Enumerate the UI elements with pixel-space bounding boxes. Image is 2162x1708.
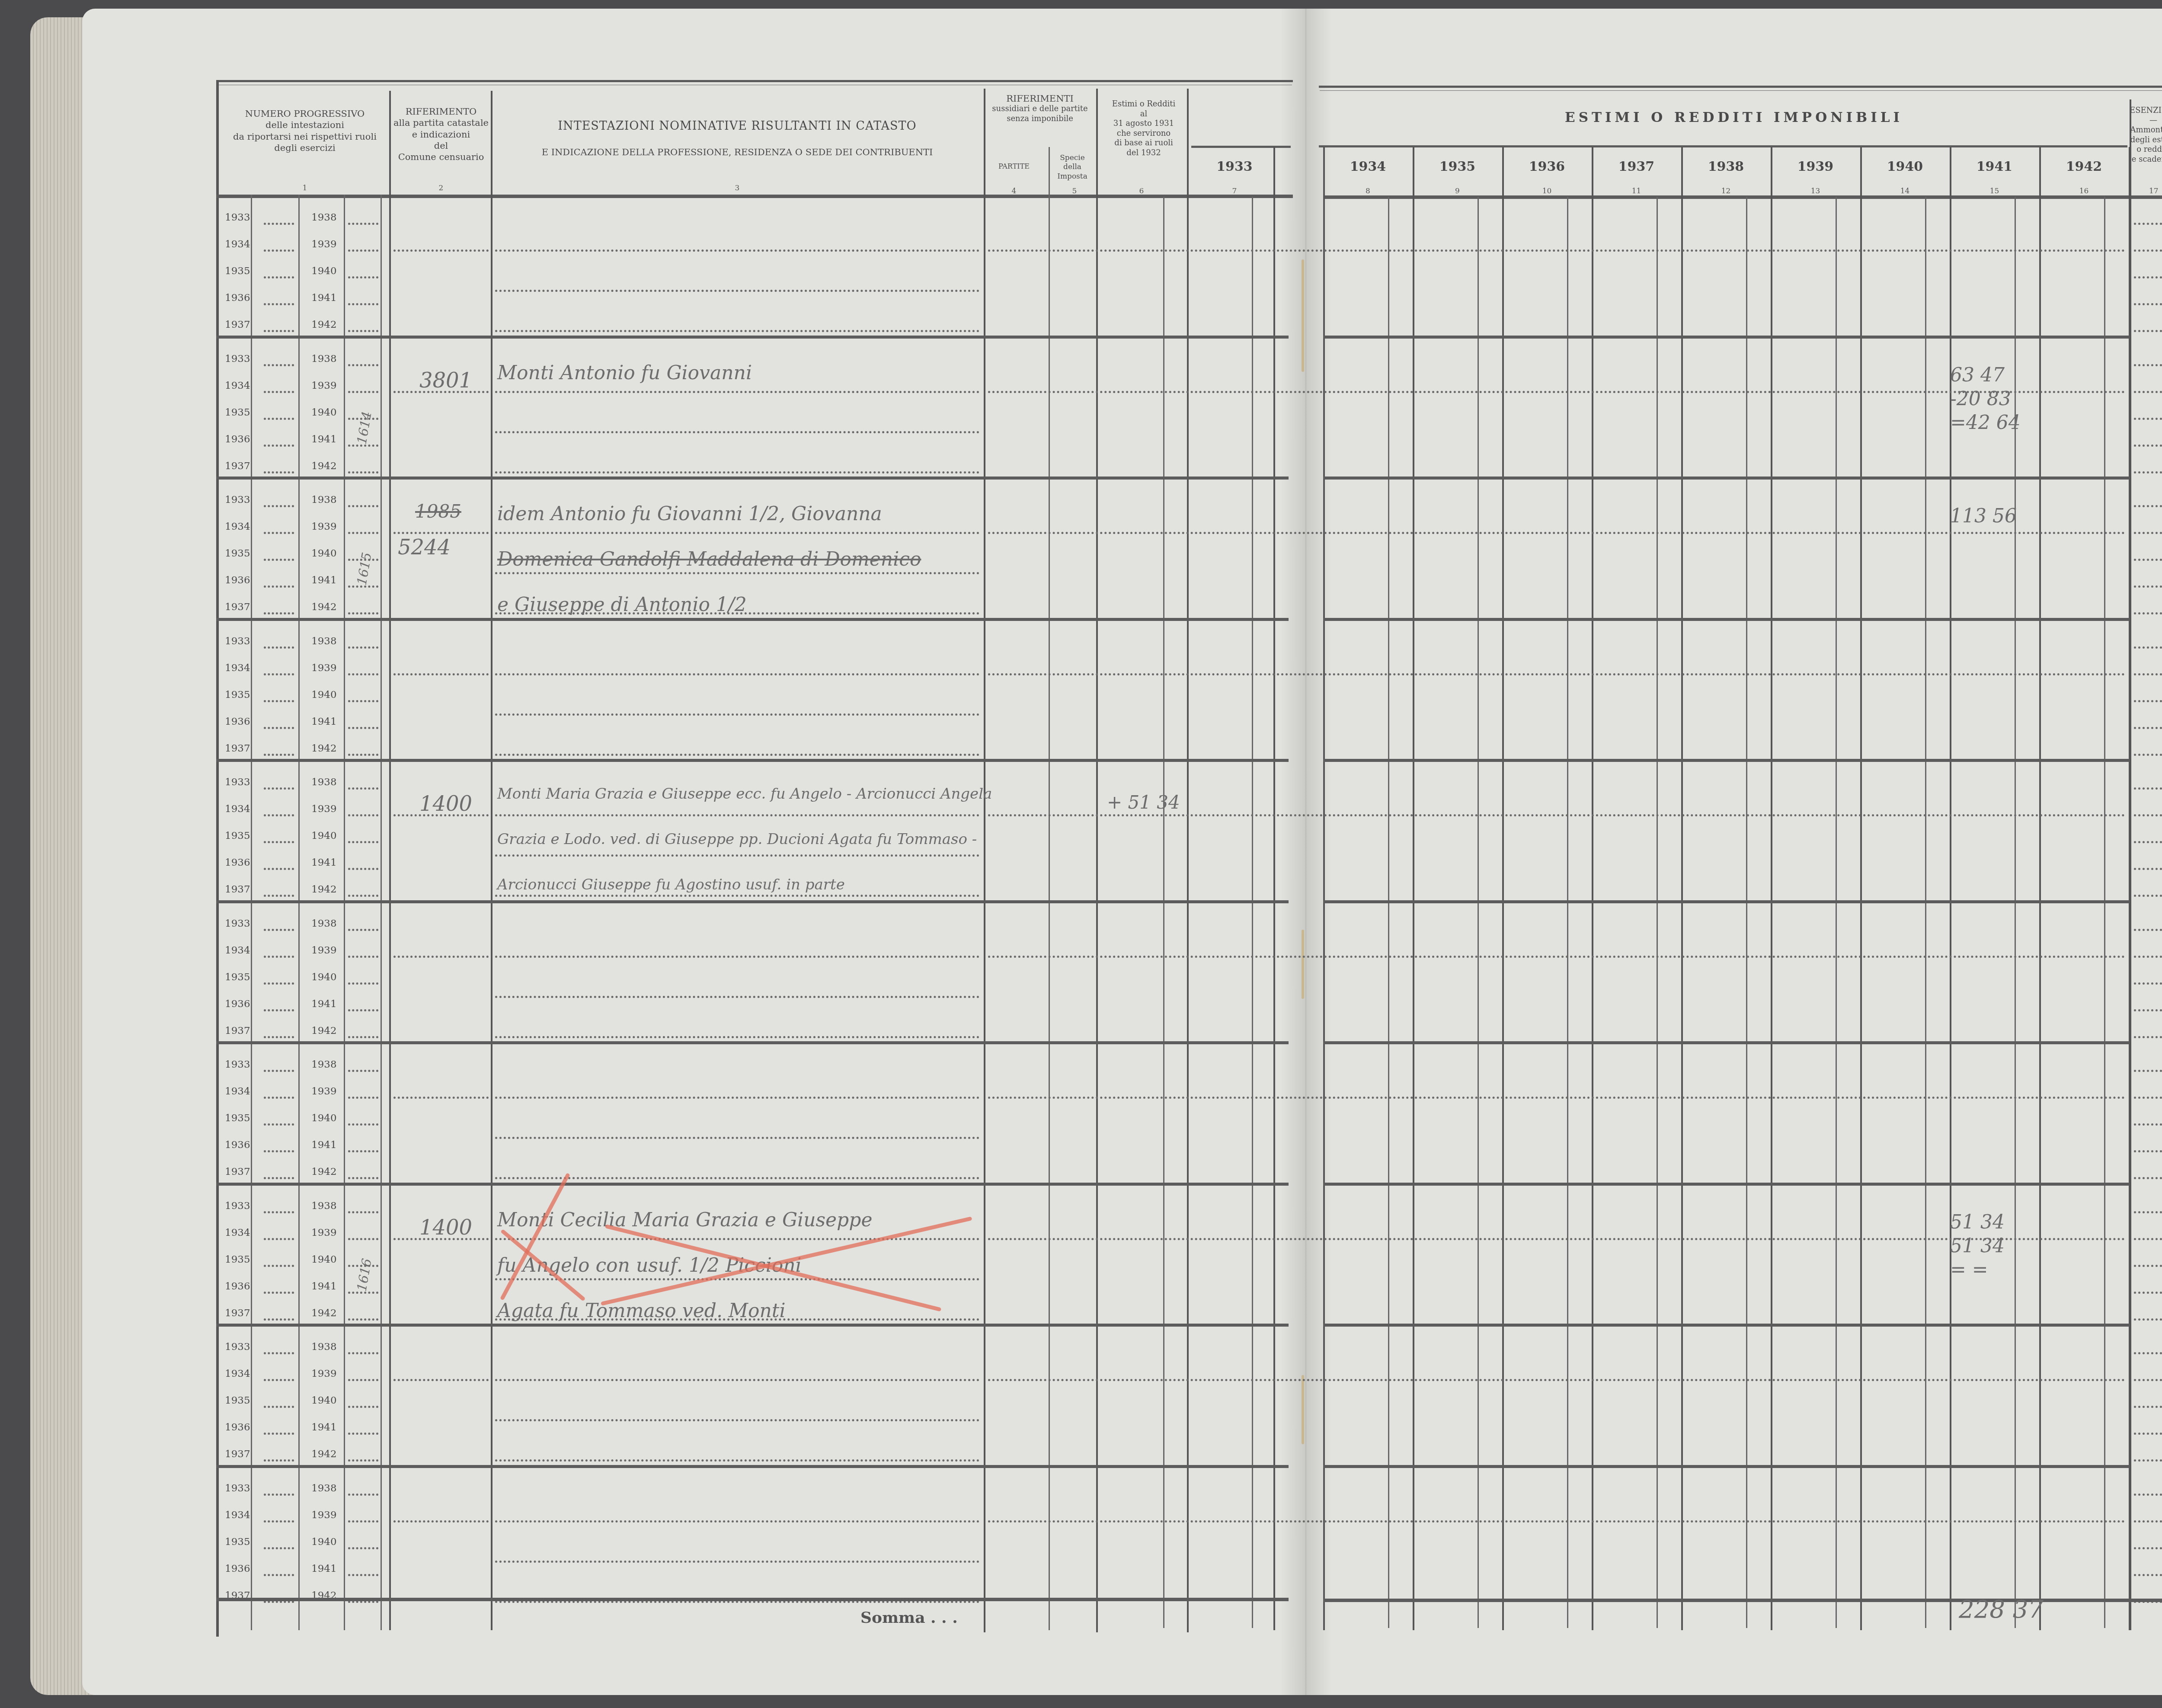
dotted-rule — [2134, 612, 2162, 614]
dotted-rule — [393, 532, 489, 534]
top-rule-right — [1319, 86, 2162, 88]
year-label-right: 1941 — [311, 716, 337, 727]
dotted-rule — [264, 585, 294, 588]
year-col-number: 12 — [1681, 187, 1771, 195]
dotted-rule — [2134, 1238, 2162, 1240]
year-label-left: 1937 — [225, 601, 250, 613]
left-page — [82, 9, 1306, 1695]
partita-struck: 1985 — [415, 501, 461, 522]
dotted-rule — [348, 1070, 378, 1072]
owner-line: Domenica Gandolfi Maddalena di Domenico — [497, 548, 921, 570]
dotted-rule — [2134, 1292, 2162, 1294]
dotted-rule — [495, 673, 979, 675]
dotted-rule — [495, 1419, 979, 1421]
dotted-rule — [2134, 391, 2162, 393]
block-rule — [216, 1465, 1289, 1468]
year-label-right: 1941 — [311, 998, 337, 1010]
year-label-left: 1934 — [225, 1368, 250, 1379]
dotted-rule — [348, 1177, 378, 1179]
header-col45: RIFERIMENTI sussidiari e delle partite s… — [984, 93, 1096, 124]
year-label-right: 1939 — [311, 803, 337, 815]
header-col17: ESENZIONI — Ammontare degli estimi o red… — [2130, 106, 2162, 164]
col-line — [1187, 89, 1189, 1632]
year-label-left: 1936 — [225, 1139, 250, 1151]
dotted-rule — [264, 364, 294, 366]
dotted-rule — [495, 814, 979, 816]
dotted-rule — [264, 1574, 294, 1576]
cents-line — [1657, 197, 1658, 1628]
dotted-rule — [495, 391, 979, 393]
dotted-rule — [264, 787, 294, 790]
dotted-rule — [495, 1520, 979, 1522]
block-rule — [1323, 900, 2130, 903]
col-line — [1502, 147, 1504, 1630]
year-label-right: 1941 — [311, 1139, 337, 1151]
dotted-rule — [495, 1238, 979, 1240]
year-col-number: 16 — [2039, 187, 2129, 195]
year-label-left: 1937 — [225, 1025, 250, 1036]
dotted-rule — [2134, 1211, 2162, 1213]
col5-line: della — [1049, 163, 1096, 172]
dotted-rule — [348, 1520, 378, 1522]
year-label-left: 1936 — [225, 575, 250, 586]
dotted-rule — [348, 754, 378, 756]
col1-line: delle intestazioni — [221, 119, 389, 131]
amount-1941: -20 83 — [1950, 388, 2011, 410]
dotted-rule — [348, 391, 378, 393]
block-rule — [216, 1183, 1289, 1186]
col3-title: INTESTAZIONI NOMINATIVE RISULTANTI IN CA… — [493, 119, 982, 134]
col5-line: Specie — [1049, 154, 1096, 163]
dotted-rule — [988, 814, 2125, 816]
col2-title: RIFERIMENTO — [391, 106, 491, 117]
dotted-rule — [348, 249, 378, 252]
dotted-rule — [2134, 471, 2162, 473]
dotted-rule — [2134, 868, 2162, 870]
col-line — [344, 195, 345, 1630]
dotted-rule — [348, 727, 378, 729]
year-label-left: 1937 — [225, 1449, 250, 1460]
dotted-rule — [348, 1459, 378, 1462]
year-label-right: 1939 — [311, 662, 337, 674]
year-header-1935: 1935 — [1413, 159, 1502, 174]
dotted-rule — [348, 445, 378, 447]
dotted-rule — [2134, 1123, 2162, 1126]
binding-stitch — [1302, 259, 1304, 372]
col17-line: Ammontare — [2130, 125, 2162, 135]
dotted-rule — [393, 956, 489, 958]
year-label-left: 1933 — [225, 1059, 250, 1070]
dotted-rule — [264, 700, 294, 702]
col2-number: 2 — [435, 184, 448, 192]
col17-dash: — — [2130, 116, 2162, 126]
col17-line: e scadenze — [2130, 155, 2162, 165]
col17-line: degli estimi — [2130, 135, 2162, 145]
year-label-left: 1933 — [225, 494, 250, 505]
dotted-rule — [264, 1352, 294, 1354]
year-label-right: 1940 — [311, 830, 337, 841]
dotted-rule — [988, 1379, 2125, 1381]
dotted-rule — [264, 330, 294, 332]
header-col3: INTESTAZIONI NOMINATIVE RISULTANTI IN CA… — [493, 119, 982, 158]
dotted-rule — [2134, 276, 2162, 278]
dotted-rule — [495, 754, 979, 756]
amount-1941: = = — [1950, 1259, 1988, 1281]
year-label-right: 1941 — [311, 1281, 337, 1292]
year-label-left: 1934 — [225, 803, 250, 815]
year-label-right: 1942 — [311, 319, 337, 330]
dotted-rule — [2134, 1379, 2162, 1381]
year-label-left: 1937 — [225, 743, 250, 754]
year-header-1942: 1942 — [2039, 159, 2129, 174]
dotted-rule — [2134, 330, 2162, 332]
year-label-right: 1940 — [311, 972, 337, 983]
col6-number: 6 — [1137, 187, 1146, 195]
dotted-rule — [264, 1459, 294, 1462]
dotted-rule — [264, 1406, 294, 1408]
dotted-rule — [264, 1547, 294, 1549]
col45-line: senza imponibile — [984, 114, 1096, 124]
year-label-left: 1936 — [225, 1422, 250, 1433]
dotted-rule — [264, 754, 294, 756]
year-label-right: 1942 — [311, 1025, 337, 1036]
dotted-rule — [2134, 1009, 2162, 1011]
year-label-left: 1935 — [225, 548, 250, 559]
col7-rule — [1191, 146, 1291, 148]
col-line — [1252, 197, 1253, 1628]
dotted-rule — [264, 1177, 294, 1179]
year-label-left: 1934 — [225, 521, 250, 532]
year-label-left: 1936 — [225, 434, 250, 445]
col-line — [1096, 89, 1098, 1632]
dotted-rule — [348, 700, 378, 702]
col-line — [1592, 147, 1593, 1630]
year-label-right: 1939 — [311, 521, 337, 532]
amount-1941: 51 34 — [1950, 1211, 2005, 1233]
dotted-rule — [988, 249, 2125, 252]
dotted-rule — [348, 1211, 378, 1213]
year-label-right: 1941 — [311, 575, 337, 586]
binding-stitch — [1302, 930, 1304, 999]
dotted-rule — [2134, 895, 2162, 897]
year-label-left: 1935 — [225, 407, 250, 418]
col2-line: del — [391, 140, 491, 151]
dotted-rule — [495, 290, 979, 292]
col-line — [298, 195, 300, 1630]
dotted-rule — [348, 1009, 378, 1011]
owner-line: Agata fu Tommaso ved. Monti — [497, 1300, 786, 1322]
year-label-right: 1940 — [311, 1536, 337, 1548]
year-label-left: 1936 — [225, 1281, 250, 1292]
dotted-rule — [2134, 1406, 2162, 1408]
year-label-left: 1936 — [225, 292, 250, 304]
dotted-rule — [348, 1036, 378, 1038]
year-label-right: 1939 — [311, 1086, 337, 1097]
amount-1941: 113 56 — [1950, 505, 2017, 527]
year-label-left: 1936 — [225, 998, 250, 1010]
top-rule-left — [216, 80, 1293, 82]
col1-title: NUMERO PROGRESSIVO — [221, 108, 389, 119]
owner-line: idem Antonio fu Giovanni 1/2, Giovanna — [497, 503, 882, 525]
year-label-left: 1935 — [225, 972, 250, 983]
dotted-rule — [988, 956, 2125, 958]
dotted-rule — [2134, 1265, 2162, 1267]
col6-line: di base ai ruoli — [1098, 138, 1189, 148]
year-label-left: 1935 — [225, 689, 250, 700]
dotted-rule — [495, 471, 979, 473]
year-label-right: 1940 — [311, 548, 337, 559]
col2-line: alla partita catastale — [391, 117, 491, 128]
year-label-right: 1941 — [311, 1422, 337, 1433]
year-label-right: 1939 — [311, 239, 337, 250]
cents-line — [1478, 197, 1479, 1628]
owner-line: Arcionucci Giuseppe fu Agostino usuf. in… — [497, 876, 845, 893]
dotted-rule — [2134, 1352, 2162, 1354]
dotted-rule — [348, 1406, 378, 1408]
dotted-rule — [2134, 1433, 2162, 1435]
partita-number: 1400 — [419, 792, 472, 816]
year-col-number: 14 — [1860, 187, 1950, 195]
year-label-left: 1935 — [225, 830, 250, 841]
dotted-rule — [264, 1009, 294, 1011]
dotted-rule — [2134, 445, 2162, 447]
dotted-rule — [348, 585, 378, 588]
year-label-left: 1935 — [225, 265, 250, 277]
dotted-rule — [264, 956, 294, 958]
col-line — [491, 91, 493, 1630]
year-header-1937: 1937 — [1592, 159, 1681, 174]
dotted-rule — [2134, 1177, 2162, 1179]
cents-line — [1836, 197, 1837, 1628]
dotted-rule — [2134, 956, 2162, 958]
year-header-1938: 1938 — [1681, 159, 1771, 174]
year-label-left: 1937 — [225, 461, 250, 472]
dotted-rule — [348, 276, 378, 278]
dotted-rule — [264, 1238, 294, 1240]
dotted-rule — [264, 814, 294, 816]
dotted-rule — [495, 1561, 979, 1563]
year-label-left: 1936 — [225, 1563, 250, 1574]
year-label-right: 1941 — [311, 434, 337, 445]
dotted-rule — [2134, 646, 2162, 649]
year-label-right: 1942 — [311, 461, 337, 472]
estimi-title: ESTIMI O REDDITI IMPONIBILI — [1340, 109, 2127, 126]
dotted-rule — [264, 1036, 294, 1038]
dotted-rule — [2134, 1459, 2162, 1462]
col2-line: e indicazioni — [391, 129, 491, 140]
dotted-rule — [2134, 787, 2162, 790]
year-col-number: 10 — [1502, 187, 1592, 195]
partita-number: 1400 — [419, 1215, 472, 1240]
dotted-rule — [495, 956, 979, 958]
col-line — [251, 195, 252, 1630]
year-label-right: 1938 — [311, 777, 337, 788]
dotted-rule — [495, 1036, 979, 1038]
dotted-rule — [495, 1137, 979, 1139]
dotted-rule — [348, 1574, 378, 1576]
block-rule — [1323, 618, 2130, 621]
header-col2: RIFERIMENTO alla partita catastale e ind… — [391, 106, 491, 163]
year-label-right: 1940 — [311, 407, 337, 418]
dotted-rule — [348, 1150, 378, 1152]
year-label-right: 1939 — [311, 1227, 337, 1238]
dotted-rule — [348, 223, 378, 225]
block-rule — [1323, 1465, 2130, 1468]
dotted-rule — [495, 1459, 979, 1462]
col4-number: 4 — [1010, 187, 1018, 195]
year-label-left: 1936 — [225, 716, 250, 727]
year-label-left: 1933 — [225, 918, 250, 929]
dotted-rule — [348, 505, 378, 507]
dotted-rule — [264, 895, 294, 897]
col-line — [381, 195, 382, 1630]
dotted-rule — [393, 249, 489, 252]
year-label-left: 1933 — [225, 1200, 250, 1212]
dotted-rule — [264, 303, 294, 305]
year-label-right: 1941 — [311, 1563, 337, 1574]
col-line — [984, 89, 985, 1632]
year-label-left: 1935 — [225, 1395, 250, 1406]
dotted-rule — [495, 330, 979, 332]
dotted-rule — [2134, 929, 2162, 931]
dotted-rule — [348, 956, 378, 958]
dotted-rule — [264, 646, 294, 649]
header-bottom-rule-left — [216, 195, 1293, 198]
dotted-rule — [2134, 303, 2162, 305]
binding-stitch — [1302, 1375, 1304, 1444]
dotted-rule — [2134, 1318, 2162, 1321]
block-rule — [1323, 1041, 2130, 1044]
dotted-rule — [348, 471, 378, 473]
year-label-right: 1938 — [311, 636, 337, 647]
year-col-number: 13 — [1771, 187, 1860, 195]
partita-number: 3801 — [419, 368, 472, 393]
year-label-left: 1933 — [225, 212, 250, 223]
dotted-rule — [264, 673, 294, 675]
dotted-rule — [393, 1379, 489, 1381]
dotted-rule — [2134, 1574, 2162, 1576]
dotted-rule — [495, 572, 979, 574]
block-rule — [1323, 477, 2130, 480]
somma-1941-value: 228 37 — [1959, 1596, 2044, 1624]
year-label-right: 1938 — [311, 1483, 337, 1494]
dotted-rule — [495, 895, 979, 897]
cents-line — [2104, 197, 2105, 1628]
dotted-rule — [2134, 814, 2162, 816]
dotted-rule — [495, 249, 979, 252]
dotted-rule — [264, 249, 294, 252]
dotted-rule — [495, 1379, 979, 1381]
col-line — [1273, 147, 1275, 1630]
year-label-left: 1937 — [225, 1166, 250, 1177]
dotted-rule — [2134, 1097, 2162, 1099]
dotted-rule — [264, 471, 294, 473]
year-label-right: 1938 — [311, 1200, 337, 1212]
year-label-right: 1941 — [311, 857, 337, 868]
dotted-rule — [2134, 505, 2162, 507]
col5-specie: Specie della Imposta — [1049, 154, 1096, 181]
dotted-rule — [264, 1265, 294, 1267]
dotted-rule — [2134, 585, 2162, 588]
dotted-rule — [264, 223, 294, 225]
dotted-rule — [348, 1379, 378, 1381]
dotted-rule — [393, 1097, 489, 1099]
dotted-rule — [348, 787, 378, 790]
dotted-rule — [348, 330, 378, 332]
dotted-rule — [348, 1097, 378, 1099]
year-header-1936: 1936 — [1502, 159, 1592, 174]
dotted-rule — [495, 854, 979, 857]
col6-line: che servirono — [1098, 129, 1189, 139]
col-line — [1163, 197, 1164, 1628]
col-line — [1413, 147, 1414, 1630]
col7-number: 7 — [1230, 187, 1239, 195]
year-label-left: 1934 — [225, 380, 250, 391]
dotted-rule — [2134, 223, 2162, 225]
year-header-1934: 1934 — [1323, 159, 1413, 174]
col5-line: Imposta — [1049, 172, 1096, 181]
dotted-rule — [264, 1123, 294, 1126]
year-header-1939: 1939 — [1771, 159, 1860, 174]
dotted-rule — [2134, 249, 2162, 252]
dotted-rule — [2134, 700, 2162, 702]
col1-number: 1 — [298, 184, 311, 192]
dotted-rule — [348, 814, 378, 816]
owner-line: Grazia e Lodo. ved. di Giuseppe pp. Duci… — [497, 831, 977, 848]
block-rule — [1323, 1324, 2130, 1327]
dotted-rule — [348, 1433, 378, 1435]
dotted-rule — [264, 1150, 294, 1152]
somma-label: Somma . . . — [860, 1609, 958, 1627]
year-label-left: 1933 — [225, 1341, 250, 1353]
year-label-left: 1934 — [225, 945, 250, 956]
year-label-right: 1942 — [311, 1166, 337, 1177]
year-label-right: 1940 — [311, 265, 337, 277]
dotted-rule — [495, 532, 979, 534]
dotted-rule — [264, 1318, 294, 1321]
year-label-left: 1936 — [225, 857, 250, 868]
col1-line: degli esercizi — [221, 142, 389, 154]
col2-line: Comune censuario — [391, 151, 491, 163]
dotted-rule — [264, 727, 294, 729]
dotted-rule — [264, 841, 294, 843]
amount-1941: 51 34 — [1950, 1235, 2005, 1257]
header-col1: NUMERO PROGRESSIVO delle intestazioni da… — [221, 108, 389, 154]
year-header-1940: 1940 — [1860, 159, 1950, 174]
year-label-left: 1935 — [225, 1254, 250, 1265]
dotted-rule — [2134, 1070, 2162, 1072]
year-label-left: 1933 — [225, 636, 250, 647]
dotted-rule — [495, 1097, 979, 1099]
col6-line: Estimi o Redditi — [1098, 99, 1189, 109]
partita-number: 5244 — [398, 535, 451, 560]
cents-line — [1746, 197, 1747, 1628]
dotted-rule — [348, 982, 378, 985]
col3-subtitle: E INDICAZIONE DELLA PROFESSIONE, RESIDEN… — [493, 147, 982, 158]
dotted-rule — [264, 929, 294, 931]
dotted-rule — [348, 1494, 378, 1496]
dotted-rule — [495, 713, 979, 716]
year-label-right: 1942 — [311, 1449, 337, 1460]
col-line — [389, 91, 391, 1630]
year-label-right: 1940 — [311, 1395, 337, 1406]
dotted-rule — [2134, 559, 2162, 561]
block-rule — [216, 759, 1289, 762]
dotted-rule — [264, 391, 294, 393]
block-rule — [216, 900, 1289, 903]
dotted-rule — [988, 1097, 2125, 1099]
col-line — [1681, 147, 1683, 1630]
